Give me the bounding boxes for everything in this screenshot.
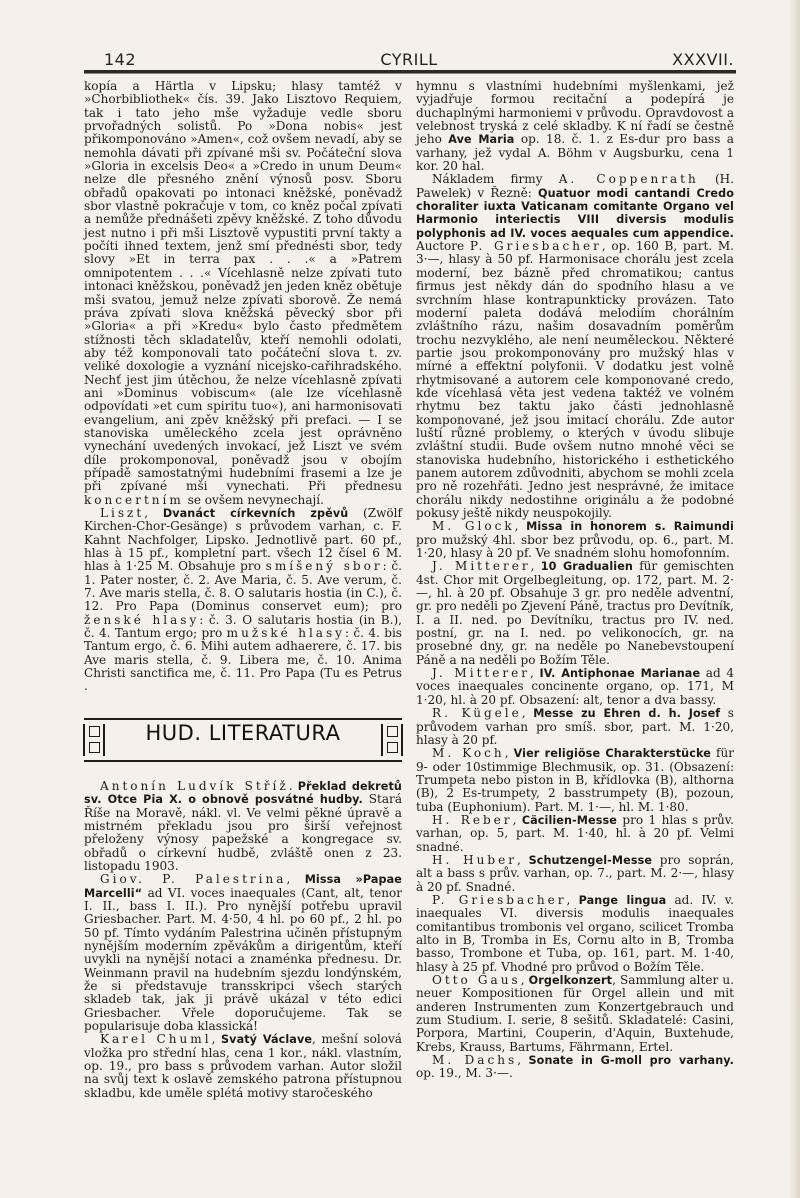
text-run: ,: [286, 872, 304, 886]
text-run: ,: [517, 853, 529, 867]
paragraph: H. Reber, Cäcilien-Messe pro 1 hlas s pr…: [416, 814, 734, 854]
author-name: Giov. P. Palestrina: [100, 872, 286, 886]
header-rule: [84, 70, 736, 74]
author-name: P. Griesbacher: [470, 239, 602, 253]
page-edge-shadow: [790, 0, 800, 1198]
text-run: Nákladem firmy: [432, 172, 559, 186]
author-name: Otto Gaus: [432, 973, 521, 987]
right-column: hymnu s vlastními hudebními myšlenkami, …: [416, 80, 734, 1081]
text-run: , op. 160 B, part. M. 3·—, hlasy à 50 pf…: [416, 239, 734, 520]
work-title: Pange lingua: [579, 894, 667, 907]
text-run: ,: [521, 973, 529, 987]
journal-title: CYRILL: [84, 50, 734, 69]
author-name: Liszt: [100, 506, 144, 520]
volume-number: XXXVII.: [672, 50, 734, 69]
author-name: A. Coppenrath: [559, 172, 699, 186]
paragraph: hymnu s vlastními hudebními myšlenkami, …: [416, 80, 734, 173]
text-run: pro mužský 4hl. sbor bez průvodu, op. 6.…: [416, 533, 734, 560]
text-run: ,: [505, 746, 514, 760]
author-name: M. Koch: [432, 746, 505, 760]
text-run: ad VI. voces inaequales (Cant, alt, teno…: [84, 886, 402, 1033]
author-name: Antonín Ludvík Stříž: [100, 779, 289, 793]
box-icon: [387, 742, 398, 753]
paragraph: H. Huber, Schutzengel-Messe pro soprán, …: [416, 854, 734, 894]
text-run: op. 19., M. 3·—.: [416, 1066, 513, 1080]
author-name: P. Griesbacher: [432, 893, 567, 907]
text-run: für gemischten 4st. Chor mit Orgelbeglei…: [416, 559, 734, 666]
author-name: M. Glock: [432, 519, 515, 533]
paragraph: M. Glock, Missa in honorem s. Raimundi p…: [416, 520, 734, 560]
text-run: ,: [522, 706, 533, 720]
paragraph: M. Dachs, Sonate in G-moll pro varhany. …: [416, 1054, 734, 1081]
work-title: Orgelkonzert: [529, 974, 612, 987]
paragraph: kopía a Härtla v Lipsku; hlasy tamtéž v …: [84, 80, 402, 507]
author-name: Karel Chuml: [100, 1032, 212, 1046]
left-column-text-top: kopía a Härtla v Lipsku; hlasy tamtéž v …: [84, 80, 402, 694]
text-run: ,: [531, 559, 541, 573]
author-name: J. Mitterer: [432, 559, 531, 573]
text-run: ,: [567, 893, 579, 907]
work-title: Messe zu Ehren d. h. Josef: [533, 707, 720, 720]
author-name: H. Reber: [432, 813, 513, 827]
work-title: Schutzengel-Messe: [529, 854, 652, 867]
left-column-text-bottom: Antonín Ludvík Stříž. Překlad dekretů sv…: [84, 780, 402, 1100]
paragraph: Antonín Ludvík Stříž. Překlad dekretů sv…: [84, 780, 402, 873]
paragraph: Karel Chuml, Svatý Václave, mešní solová…: [84, 1033, 402, 1100]
work-title: Cäcilien-Messe: [522, 814, 617, 827]
text-run: ,: [515, 519, 527, 533]
paragraph: Liszt, Dvanáct církevních zpěvů (Zwölf K…: [84, 507, 402, 694]
running-head: 142 CYRILL XXXVII.: [84, 50, 734, 72]
author-name: smíšený sbor: [266, 559, 383, 573]
text-run: .: [289, 779, 298, 793]
box-icon: [387, 726, 398, 737]
work-title: Sonate in G-moll pro varhany.: [529, 1054, 735, 1067]
work-title: IV. Antiphonae Marianae: [540, 667, 701, 680]
author-name: H. Huber: [432, 853, 517, 867]
work-title: 10 Gradualien: [541, 560, 633, 573]
banner-ornament-right: [381, 724, 403, 756]
box-icon: [89, 742, 100, 753]
text-run: ,: [212, 1032, 221, 1046]
author-name: M. Dachs: [432, 1053, 517, 1067]
text-run: ,: [517, 1053, 528, 1067]
author-name: J. Mitterer: [432, 666, 530, 680]
section-banner: HUD. LITERATURA: [84, 718, 402, 762]
right-column-text: hymnu s vlastními hudebními myšlenkami, …: [416, 80, 734, 1081]
text-run: ,: [513, 813, 522, 827]
paragraph: Nákladem firmy A. Coppenrath (H. Pawelek…: [416, 173, 734, 520]
author-name: mužské hlasy: [227, 626, 345, 640]
author-name: ženské hlasy: [84, 613, 199, 627]
text-run: kopía a Härtla v Lipsku; hlasy tamtéž v …: [84, 79, 402, 493]
paragraph: M. Koch, Vier religiöse Charakterstücke …: [416, 747, 734, 814]
paragraph: P. Griesbacher, Pange lingua ad. IV. v. …: [416, 894, 734, 974]
work-title: Svatý Václave: [221, 1033, 312, 1046]
text-run: ,: [530, 666, 539, 680]
section-heading: HUD. LITERATURA: [84, 727, 402, 740]
paragraph: J. Mitterer, 10 Gradualien für gemischte…: [416, 560, 734, 667]
text-run: Auctore: [416, 239, 470, 253]
paragraph: R. Kügele, Messe zu Ehren d. h. Josef s …: [416, 707, 734, 747]
author-name: R. Kügele: [432, 706, 522, 720]
work-title: Vier religiöse Charakterstücke: [514, 747, 711, 760]
text-run: ,: [144, 506, 163, 520]
left-column: kopía a Härtla v Lipsku; hlasy tamtéž v …: [84, 80, 402, 1100]
paragraph: Otto Gaus, Orgelkonzert, Sammlung alter …: [416, 974, 734, 1054]
paragraph: Giov. P. Palestrina, Missa »Papae Marcel…: [84, 873, 402, 1033]
paragraph: J. Mitterer, IV. Antiphonae Marianae ad …: [416, 667, 734, 707]
text-run: se ovšem nevynechají.: [184, 493, 324, 507]
author-name: koncertním: [84, 493, 184, 507]
work-title: Ave Maria: [448, 133, 514, 146]
work-title: Missa in honorem s. Raimundi: [526, 520, 734, 533]
